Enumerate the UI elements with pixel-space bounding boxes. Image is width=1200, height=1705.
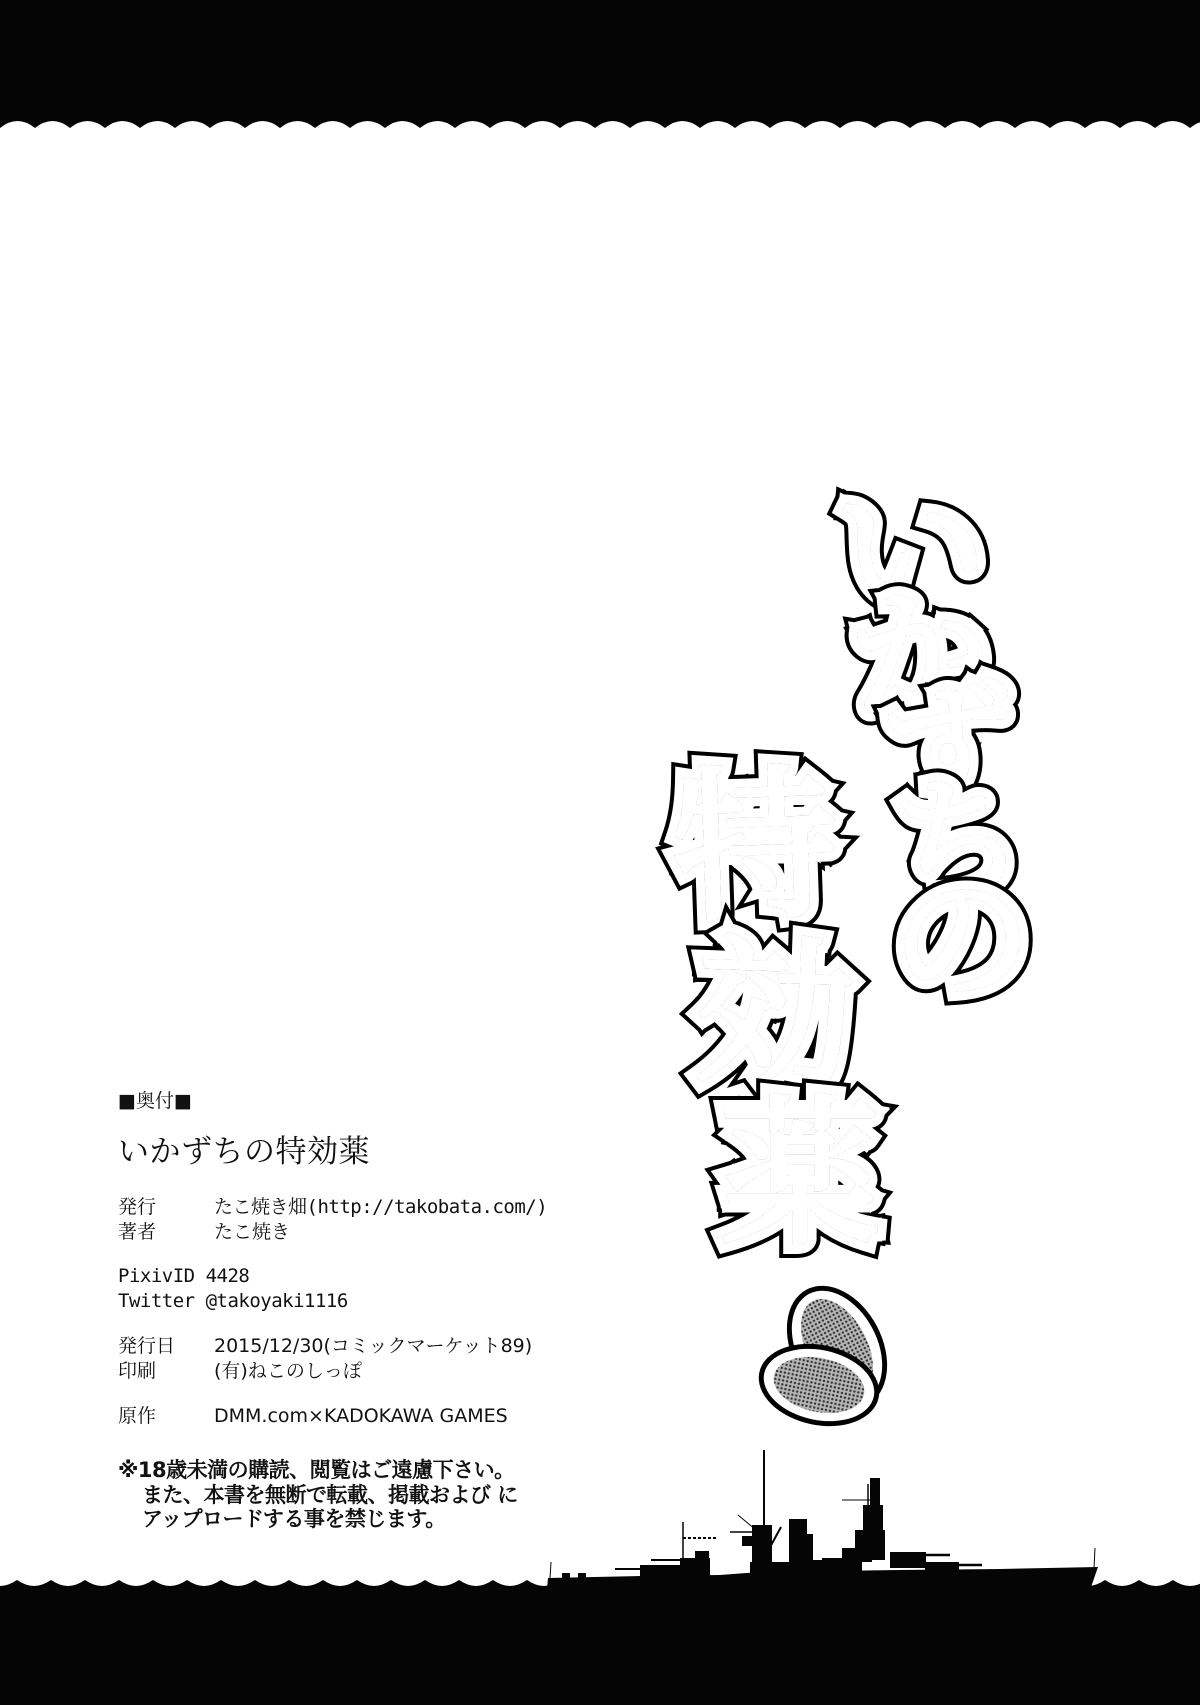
bottom-black-band — [0, 1586, 1200, 1705]
title-glyph: 効効効 — [672, 932, 877, 1099]
meta-label: Twitter — [118, 1289, 195, 1313]
title-glyph: ずずず — [845, 675, 1052, 820]
meta-value: たこ焼き畑(http://takobata.com/) — [214, 1195, 547, 1219]
meta-value: 4428 — [206, 1264, 250, 1288]
meta-label: 原作 — [118, 1404, 214, 1428]
wave-mark-icon — [767, 1268, 907, 1425]
heart-icon — [789, 1168, 811, 1188]
title-glyph: かかか — [813, 575, 1027, 735]
meta-row-publish-date: 発行日2015/12/30(コミックマーケット89) — [118, 1334, 532, 1358]
meta-label: PixivID — [118, 1264, 195, 1288]
top-black-band — [0, 0, 1200, 127]
meta-value: DMM.com×KADOKAWA GAMES — [214, 1404, 508, 1428]
meta-value: @takoyaki1116 — [206, 1289, 348, 1313]
disclaimer-line: アップロードする事を禁じます。 — [118, 1507, 518, 1532]
book-title: いかずちの特効薬 — [118, 1132, 370, 1172]
age-disclaimer: ※18歳未満の購読、閲覧はご遠慮下さい。 また、本書を無断で転載、掲載および に… — [118, 1458, 518, 1532]
title-glyph: ののの — [862, 872, 1062, 1012]
meta-row-twitter: Twitter@takoyaki1116 — [118, 1289, 348, 1313]
meta-value: (有)ねこのしっぽ — [214, 1359, 362, 1383]
disclaimer-line: また、本書を無断で転載、掲載および に — [118, 1483, 518, 1508]
top-scallop-edge — [0, 112, 1200, 128]
title-glyph: 薬薬薬 — [700, 1095, 900, 1255]
battleship-silhouette-icon — [540, 1440, 1140, 1600]
meta-value: 2015/12/30(コミックマーケット89) — [214, 1334, 532, 1358]
meta-label: 印刷 — [118, 1359, 214, 1383]
meta-row-printer: 印刷(有)ねこのしっぽ — [118, 1359, 362, 1383]
meta-row-author: 著者たこ焼き — [118, 1220, 290, 1244]
meta-value: たこ焼き — [214, 1220, 290, 1244]
colophon-heading: ■奥付■ — [118, 1088, 192, 1114]
title-glyph: ちちち — [858, 775, 1058, 910]
meta-row-publisher: 発行たこ焼き畑(http://takobata.com/) — [118, 1195, 547, 1219]
meta-label: 著者 — [118, 1220, 214, 1244]
wave-mark-icon — [751, 1333, 887, 1437]
title-glyph: いいい — [807, 471, 1017, 635]
meta-row-original-work: 原作DMM.com×KADOKAWA GAMES — [118, 1404, 508, 1428]
title-glyph: 特特特 — [652, 762, 858, 934]
meta-label: 発行日 — [118, 1334, 214, 1358]
meta-label: 発行 — [118, 1195, 214, 1219]
meta-row-pixiv: PixivID4428 — [118, 1264, 249, 1288]
disclaimer-line: ※18歳未満の購読、閲覧はご遠慮下さい。 — [118, 1458, 518, 1483]
